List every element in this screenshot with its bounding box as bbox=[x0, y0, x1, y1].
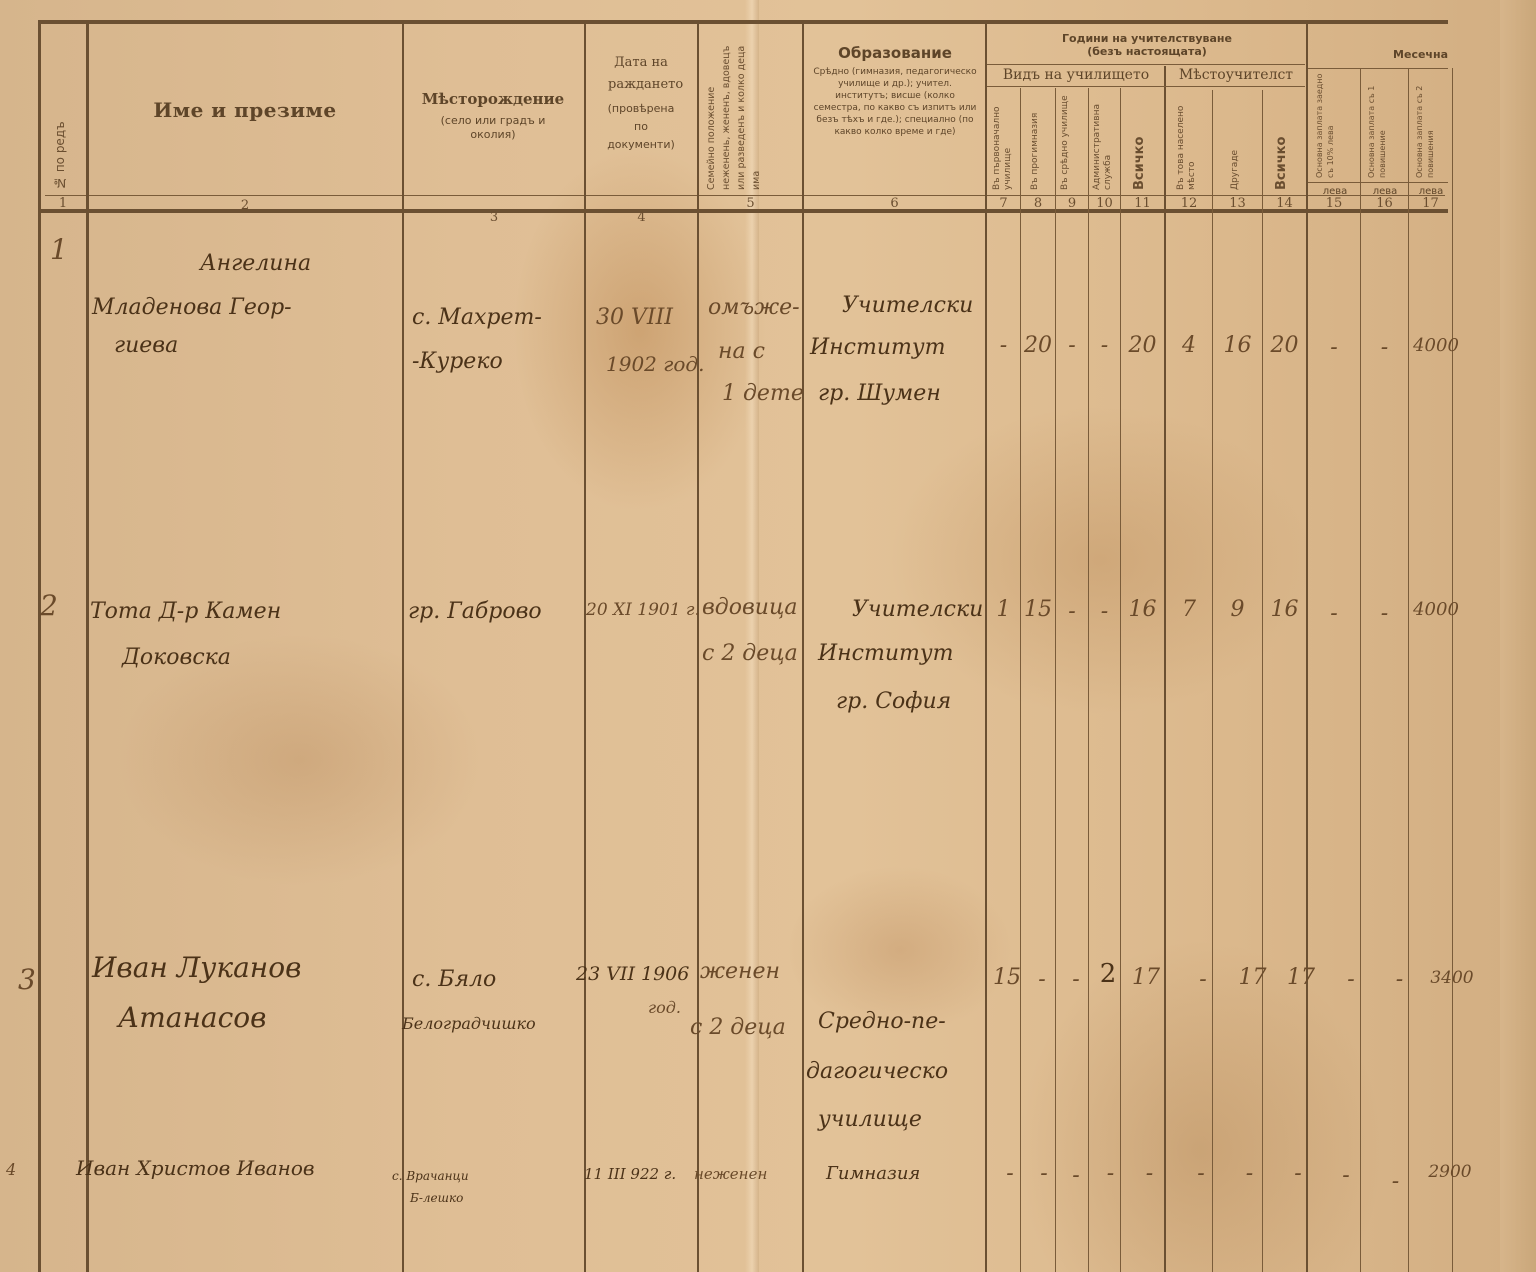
name-line: Доковска bbox=[122, 640, 231, 676]
header-birthdate: Дата на раждането (провѣрена по документ… bbox=[586, 52, 696, 154]
header-col7: Въ първоначално училище bbox=[992, 92, 1018, 190]
birthdate-line: 1902 год. bbox=[606, 346, 704, 382]
salary-2-raises: 4000 bbox=[1406, 592, 1466, 628]
birthdate-line: 30 VIII bbox=[596, 300, 673, 336]
header-birthdate-sub: (провѣрена по документи) bbox=[586, 96, 696, 154]
header-birthdate-title: Дата на раждането bbox=[586, 52, 696, 96]
column-number: 11 bbox=[1121, 196, 1164, 211]
years-this-place: - bbox=[1180, 962, 1226, 998]
family-line: вдовица bbox=[702, 590, 797, 626]
years-progymnasium: - bbox=[1027, 962, 1057, 998]
years-elsewhere: 16 bbox=[1213, 328, 1262, 364]
header-col8: Въ прогимназия bbox=[1030, 92, 1050, 190]
col-border-12 bbox=[1212, 90, 1213, 1272]
header-birthplace-title: Мѣсторождение bbox=[404, 90, 582, 108]
salary-1-raise: - bbox=[1361, 596, 1408, 632]
column-number: 12 bbox=[1166, 196, 1212, 211]
birthdate-line: 11 III 922 г. bbox=[584, 1162, 676, 1186]
column-number: 13 bbox=[1213, 196, 1262, 211]
birthplace-line: с. Врачанци bbox=[392, 1164, 469, 1188]
header-birthplace-sub: (село или градъ и околия) bbox=[404, 108, 582, 142]
salary-base: - bbox=[1320, 1164, 1372, 1188]
currency-divider bbox=[1308, 182, 1448, 183]
years-progymnasium: 20 bbox=[1021, 328, 1055, 364]
header-col9: Въ срѣдно училище bbox=[1060, 92, 1086, 190]
column-number: 9 bbox=[1056, 196, 1088, 211]
col-border-16 bbox=[1408, 68, 1409, 1272]
years-primary: - bbox=[987, 328, 1020, 364]
birthplace-line: гр. Габрово bbox=[408, 594, 542, 630]
page-edge bbox=[1500, 0, 1536, 1272]
years-total-type: - bbox=[1128, 1162, 1171, 1186]
header-education-title: Образование bbox=[806, 44, 984, 62]
col-border-7 bbox=[1020, 88, 1021, 1272]
years-elsewhere: 17 bbox=[1228, 960, 1277, 996]
education-line: дагогическо bbox=[806, 1054, 948, 1090]
name-line: Иван Христов Иванов bbox=[76, 1156, 315, 1180]
row-number: 2 bbox=[40, 588, 58, 624]
family-line: неженен bbox=[694, 1162, 767, 1186]
row-number: 1 bbox=[50, 232, 68, 268]
header-col17: Основна заплата съ 2 повишения bbox=[1414, 72, 1448, 178]
column-number: 5 bbox=[699, 196, 802, 211]
monthly-group-divider bbox=[1308, 68, 1448, 69]
family-line: с 2 деца bbox=[690, 1010, 786, 1046]
years-admin: - bbox=[1089, 328, 1120, 364]
column-number: 2 bbox=[88, 198, 402, 213]
name-line: Ангелина bbox=[200, 246, 311, 282]
column-number: 4 bbox=[586, 210, 697, 225]
years-total-place: 16 bbox=[1263, 592, 1306, 628]
education-line: училище bbox=[818, 1102, 922, 1138]
education-line: Институт bbox=[818, 636, 954, 672]
name-line: гиева bbox=[114, 328, 178, 364]
family-line: омъже- bbox=[708, 290, 800, 326]
column-number: 7 bbox=[987, 196, 1020, 211]
header-col12: Въ това населено мѣсто bbox=[1176, 96, 1206, 190]
salary-base: - bbox=[1308, 330, 1360, 366]
salary-base: - bbox=[1308, 596, 1360, 632]
column-number: 8 bbox=[1021, 196, 1055, 211]
education-line: гр. Шумен bbox=[818, 376, 941, 412]
header-monthly-group: Месечна bbox=[1308, 48, 1448, 62]
header-col10: Административна служба bbox=[1092, 92, 1118, 190]
name-line: Иван Луканов bbox=[92, 950, 301, 986]
row-number: 4 bbox=[6, 1158, 16, 1182]
family-line: на с bbox=[718, 334, 765, 370]
education-line: Гимназия bbox=[826, 1162, 920, 1186]
column-number: 3 bbox=[404, 210, 584, 225]
birthplace-line: с. Бяло bbox=[412, 962, 496, 998]
column-number: 10 bbox=[1089, 196, 1120, 211]
birthplace-line: -Куреко bbox=[412, 344, 503, 380]
years-primary: 15 bbox=[987, 960, 1027, 996]
col-border-11 bbox=[1164, 66, 1166, 1272]
header-years-group: Години на учителствуване (безъ настоящат… bbox=[990, 32, 1304, 58]
years-admin: 2 bbox=[1092, 956, 1124, 992]
name-line: Тота Д-р Камен bbox=[90, 594, 281, 630]
col-border-8 bbox=[1055, 88, 1056, 1272]
years-total-place: 17 bbox=[1278, 960, 1324, 996]
education-line: Средно-пе- bbox=[818, 1004, 946, 1040]
years-total-place: - bbox=[1275, 1162, 1321, 1186]
education-line: Учителски bbox=[842, 288, 973, 324]
years-admin: - bbox=[1095, 1162, 1126, 1186]
column-number: 15 bbox=[1308, 196, 1360, 211]
header-place-group: Мѣстоучителст bbox=[1166, 64, 1306, 86]
family-line: 1 дете bbox=[722, 376, 804, 412]
years-primary: 1 bbox=[987, 592, 1020, 628]
header-col14: Всичко bbox=[1276, 120, 1296, 190]
salary-base: - bbox=[1326, 962, 1376, 998]
col-border-9 bbox=[1088, 88, 1089, 1272]
years-secondary: - bbox=[1060, 1164, 1092, 1188]
header-col11: Всичко bbox=[1134, 120, 1154, 190]
years-secondary: - bbox=[1060, 962, 1092, 998]
birthdate-line: 23 VII 1906 bbox=[576, 956, 689, 992]
header-family-status: Семейно положение неженень, жененъ, вдов… bbox=[704, 40, 796, 190]
years-total-type: 20 bbox=[1121, 328, 1164, 364]
salary-1-raise: - bbox=[1376, 962, 1423, 998]
years-total-type: 16 bbox=[1121, 592, 1164, 628]
salary-2-raises: 4000 bbox=[1406, 328, 1466, 364]
table-top-border bbox=[38, 20, 1448, 24]
col-border-10 bbox=[1120, 88, 1121, 1272]
column-number: 16 bbox=[1361, 196, 1408, 211]
header-col13: Другаде bbox=[1230, 120, 1246, 190]
years-this-place: 7 bbox=[1166, 592, 1212, 628]
subgroup-divider bbox=[987, 86, 1305, 87]
years-secondary: - bbox=[1056, 328, 1088, 364]
years-this-place: 4 bbox=[1166, 328, 1212, 364]
years-secondary: - bbox=[1056, 594, 1088, 630]
years-progymnasium: 15 bbox=[1021, 592, 1055, 628]
salary-2-raises: 3400 bbox=[1422, 960, 1482, 996]
row-number: 3 bbox=[18, 962, 36, 998]
education-line: Учителски bbox=[852, 592, 983, 628]
years-elsewhere: - bbox=[1225, 1162, 1274, 1186]
birthdate-line: год. bbox=[648, 990, 681, 1026]
birthplace-line: Б-лешко bbox=[410, 1186, 463, 1210]
header-row-number: № по редъ bbox=[55, 80, 66, 190]
salary-1-raise: - bbox=[1361, 330, 1408, 366]
education-line: Институт bbox=[810, 330, 946, 366]
salary-1-raise: - bbox=[1372, 1170, 1419, 1194]
years-elsewhere: 9 bbox=[1213, 592, 1262, 628]
col-border-17 bbox=[1452, 68, 1453, 1272]
name-line: Атанасов bbox=[118, 1000, 266, 1036]
header-school-type-group: Видъ на училището bbox=[988, 64, 1164, 86]
column-number: 17 bbox=[1409, 196, 1452, 211]
years-total-place: 20 bbox=[1263, 328, 1306, 364]
header-name: Име и презиме bbox=[90, 98, 400, 122]
birthdate-line: 20 XI 1901 г. bbox=[586, 592, 700, 628]
col-border-15 bbox=[1360, 68, 1361, 1272]
header-col15: Основна заплата заедно съ 10% лева bbox=[1314, 72, 1354, 178]
header-birthplace: Мѣсторождение (село или градъ и околия) bbox=[404, 90, 582, 142]
years-progymnasium: - bbox=[1027, 1162, 1061, 1186]
col-border-13 bbox=[1262, 90, 1263, 1272]
header-education: Образование Срѣдно (гимназия, педагогиче… bbox=[806, 44, 984, 138]
header-col16: Основна заплата съ 1 повишение bbox=[1366, 72, 1402, 178]
column-number: 1 bbox=[40, 196, 86, 211]
years-this-place: - bbox=[1178, 1162, 1224, 1186]
birthplace-line: с. Махрет- bbox=[412, 300, 542, 336]
family-line: с 2 деца bbox=[702, 636, 798, 672]
column-number: 14 bbox=[1263, 196, 1306, 211]
education-line: гр. София bbox=[836, 684, 951, 720]
family-line: женен bbox=[700, 954, 780, 990]
salary-2-raises: 2900 bbox=[1420, 1160, 1480, 1184]
years-admin: - bbox=[1089, 594, 1120, 630]
header-education-sub: Срѣдно (гимназия, педагогическо училище … bbox=[806, 62, 984, 138]
name-line: Младенова Геор- bbox=[92, 290, 292, 326]
years-total-type: 17 bbox=[1121, 960, 1171, 996]
column-number: 6 bbox=[804, 196, 985, 211]
years-primary: - bbox=[995, 1162, 1025, 1186]
birthplace-line: Белоградчишко bbox=[402, 1012, 536, 1036]
